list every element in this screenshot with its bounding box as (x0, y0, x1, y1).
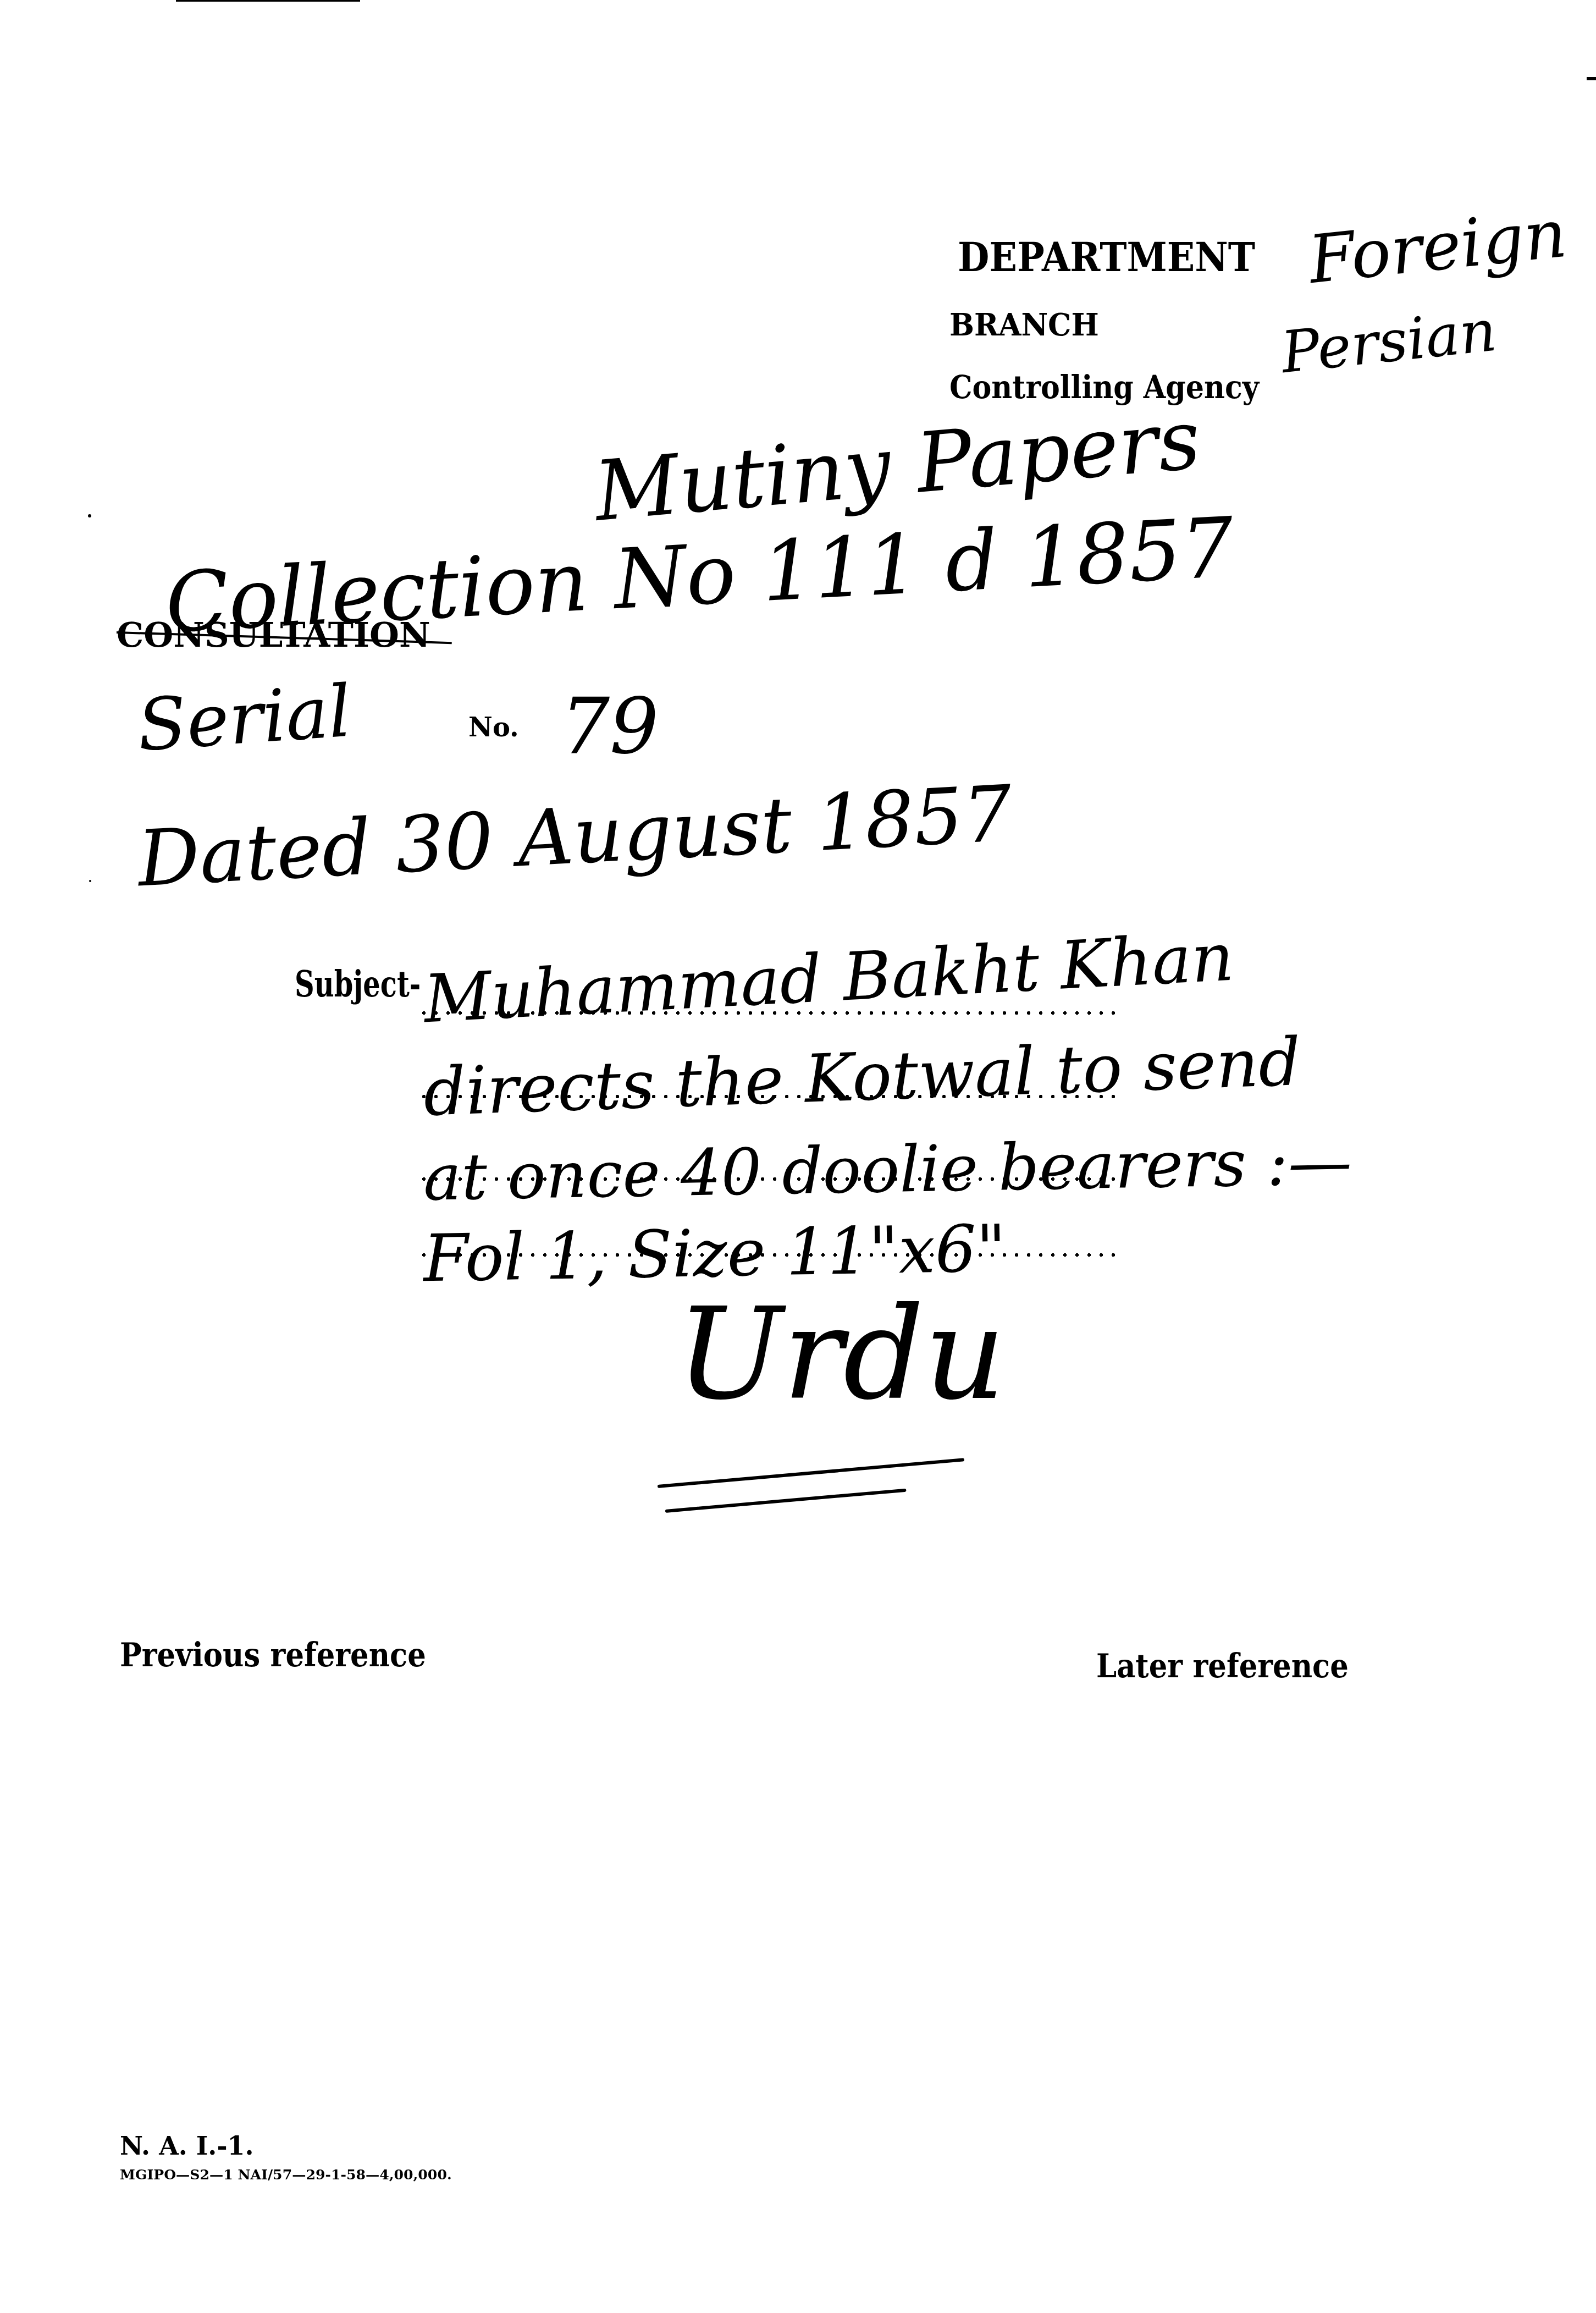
later-reference-label: Later reference (1096, 1647, 1349, 1686)
subject-line-1: Muhammad Bakht Khan (422, 919, 1235, 1038)
department-value: Foreign (1305, 196, 1570, 299)
margin-dot (88, 514, 91, 517)
form-code: N. A. I.-1. (120, 2131, 254, 2161)
printer-imprint: MGIPO—S2—1 NAI/57—29-1-58—4,00,000. (120, 2167, 452, 2183)
margin-dot (89, 880, 91, 882)
language-underline (665, 1489, 907, 1513)
top-edge-rule (176, 0, 360, 2)
subject-dotted-rule (418, 1253, 1122, 1257)
subject-dotted-rule (418, 1177, 1122, 1181)
department-label: DEPARTMENT (958, 234, 1255, 280)
edge-mark (1587, 77, 1596, 80)
language-underline (658, 1458, 964, 1488)
branch-label: BRANCH (949, 307, 1099, 343)
serial-number: 79 (561, 682, 659, 772)
subject-line-2: directs the Kotwal to send (422, 1024, 1302, 1131)
serial-word: Serial (135, 669, 354, 768)
previous-reference-label: Previous reference (120, 1636, 426, 1675)
branch-value: Persian (1278, 297, 1500, 386)
subject-line-3: at once 40 doolie bearers :— (423, 1125, 1352, 1215)
serial-no-label: No. (468, 712, 519, 743)
subject-dotted-rule (418, 1011, 1122, 1015)
subject-label: Subject- (295, 962, 421, 1005)
subject-dotted-rule (418, 1094, 1122, 1099)
language-note: Urdu (676, 1281, 1006, 1428)
dated-line: Dated 30 August 1857 (136, 769, 1014, 904)
